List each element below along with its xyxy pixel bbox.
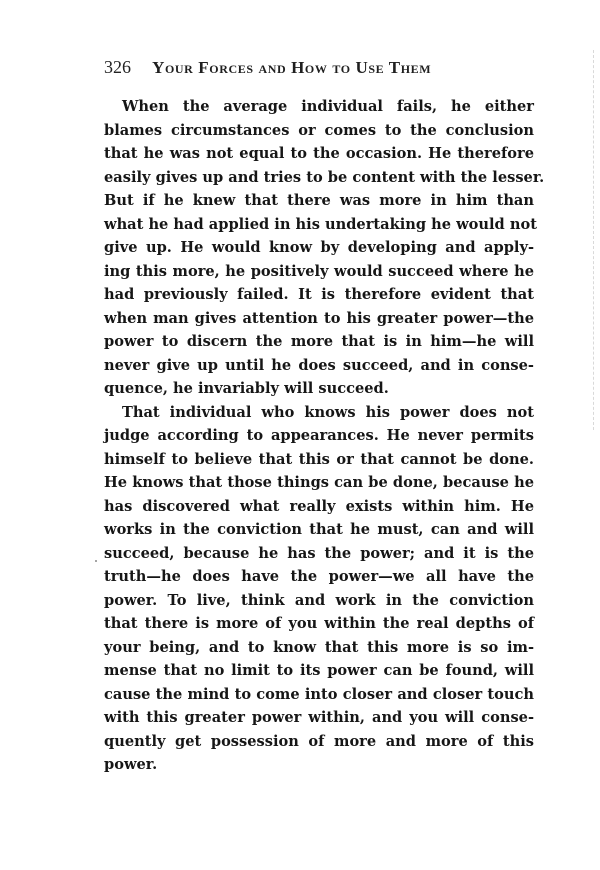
paragraph-2: That individual who knows his power does…	[104, 401, 534, 777]
body-text: When the average individual fails, he ei…	[104, 95, 534, 777]
text-line: never give up until he does succeed, and…	[104, 354, 534, 378]
text-line: your being, and to know that this more i…	[104, 636, 534, 660]
text-line: works in the conviction that he must, ca…	[104, 518, 534, 542]
text-line: mense that no limit to its power can be …	[104, 659, 534, 683]
text-line: what he had applied in his undertaking h…	[104, 213, 534, 237]
text-line: succeed, because he has the power; and i…	[104, 542, 534, 566]
text-line: with this greater power within, and you …	[104, 706, 534, 730]
running-head-title: Your Forces and How to Use Them	[152, 58, 431, 78]
text-line: But if he knew that there was more in hi…	[104, 189, 534, 213]
text-line: quence, he invariably will succeed.	[104, 377, 534, 401]
text-line: easily gives up and tries to be content …	[104, 166, 534, 190]
text-line: when man gives attention to his greater …	[104, 307, 534, 331]
book-page: 326 Your Forces and How to Use Them When…	[0, 0, 600, 870]
text-line: quently get possession of more and more …	[104, 730, 534, 754]
text-line: had previously failed. It is therefore e…	[104, 283, 534, 307]
text-line: himself to believe that this or that can…	[104, 448, 534, 472]
text-line: that there is more of you within the rea…	[104, 612, 534, 636]
paragraph-1: When the average individual fails, he ei…	[104, 95, 534, 401]
text-line: power to discern the more that is in him…	[104, 330, 534, 354]
text-line: When the average individual fails, he ei…	[104, 95, 534, 119]
scan-margin-line	[593, 50, 594, 430]
text-line: cause the mind to come into closer and c…	[104, 683, 534, 707]
text-line: blames circumstances or comes to the con…	[104, 119, 534, 143]
scan-speck	[95, 560, 97, 562]
text-line: judge according to appearances. He never…	[104, 424, 534, 448]
text-line: He knows that those things can be done, …	[104, 471, 534, 495]
running-head: 326 Your Forces and How to Use Them	[104, 57, 534, 79]
text-line: that he was not equal to the occasion. H…	[104, 142, 534, 166]
text-line: has discovered what really exists within…	[104, 495, 534, 519]
text-line: power.	[104, 753, 534, 777]
text-line: truth—he does have the power—we all have…	[104, 565, 534, 589]
text-line: ing this more, he positively would succe…	[104, 260, 534, 284]
text-line: That individual who knows his power does…	[104, 401, 534, 425]
text-line: give up. He would know by developing and…	[104, 236, 534, 260]
text-line: power. To live, think and work in the co…	[104, 589, 534, 613]
page-number: 326	[104, 57, 131, 78]
